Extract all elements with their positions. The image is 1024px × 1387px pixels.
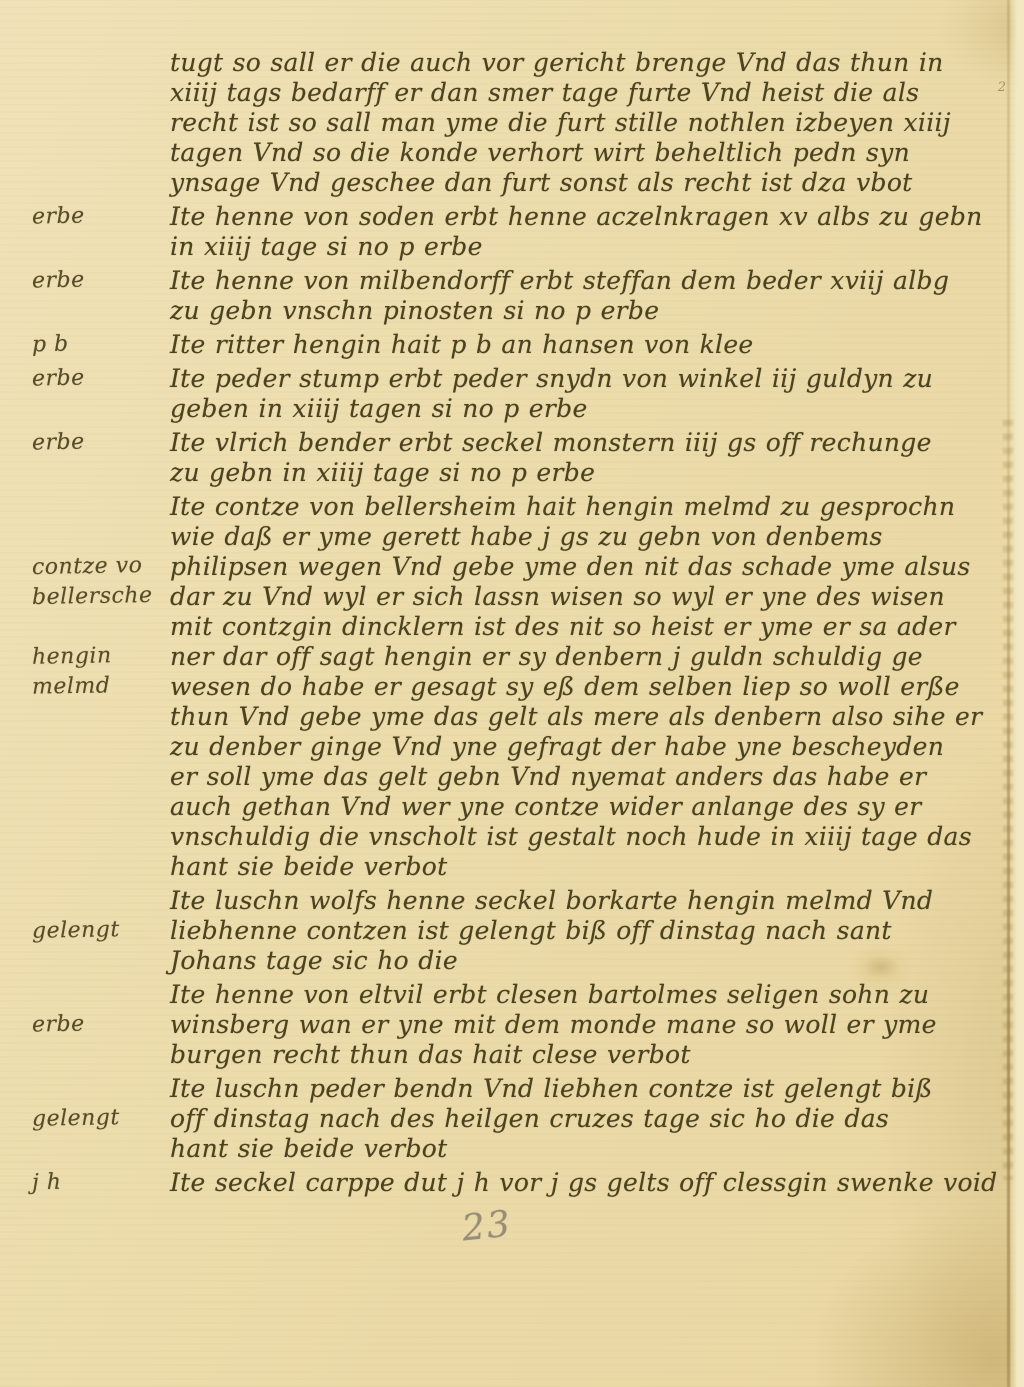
entry-lines: Ite ritter hengin hait p b an hansen von… xyxy=(170,330,1000,360)
text-line: Ite luschn peder bendn Vnd liebhen contz… xyxy=(170,1074,1000,1104)
text-line: Ite henne von milbendorff erbt steffan d… xyxy=(170,266,1000,296)
text-line: off dinstag nach des heilgen cruzes tage… xyxy=(170,1104,1000,1134)
text-line: hant sie beide verbot xyxy=(170,1134,1000,1164)
page-edge-rough-texture xyxy=(1003,420,1013,1180)
text-line: zu gebn in xiiij tage si no p erbe xyxy=(170,458,1000,488)
entry-lines: Ite vlrich bender erbt seckel monstern i… xyxy=(170,428,1000,488)
text-line: tugt so sall er die auch vor gericht bre… xyxy=(170,48,1000,78)
margin-cell: erbe xyxy=(0,428,170,488)
margin-note: erbe xyxy=(32,1010,85,1041)
edge-mark: 2 xyxy=(998,80,1006,95)
margin-cell: p b xyxy=(0,330,170,360)
entry-lines: Ite luschn peder bendn Vnd liebhen contz… xyxy=(170,1074,1000,1164)
text-line: recht ist so sall man yme die furt still… xyxy=(170,108,1000,138)
manuscript-page: tugt so sall er die auch vor gericht bre… xyxy=(0,0,1024,1387)
text-line: hant sie beide verbot xyxy=(170,852,1000,882)
margin-cell xyxy=(0,48,170,198)
entry-lines: Ite seckel carppe dut j h vor j gs gelts… xyxy=(170,1168,1000,1198)
text-line: winsberg wan er yne mit dem monde mane s… xyxy=(170,1010,1000,1040)
margin-note: gelengt xyxy=(32,1103,120,1135)
margin-note: gelengt xyxy=(32,915,120,947)
text-line: ner dar off sagt hengin er sy denbern j … xyxy=(170,642,1000,672)
margin-note: contze vo xyxy=(32,551,143,583)
text-line: Johans tage sic ho die xyxy=(170,946,1000,976)
manuscript-entry: erbe Ite henne von eltvil erbt clesen ba… xyxy=(0,980,1000,1070)
margin-note: bellersche xyxy=(32,581,153,613)
margin-note: erbe xyxy=(32,428,85,459)
text-line: thun Vnd gebe yme das gelt als mere als … xyxy=(170,702,1000,732)
entry-lines: Ite henne von soden erbt henne aczelnkra… xyxy=(170,202,1000,262)
text-line: tagen Vnd so die konde verhort wirt behe… xyxy=(170,138,1000,168)
text-line: Ite vlrich bender erbt seckel monstern i… xyxy=(170,428,1000,458)
text-line: Ite peder stump erbt peder snydn von win… xyxy=(170,364,1000,394)
folio-number: 23 xyxy=(460,1204,514,1250)
entry-lines: Ite luschn wolfs henne seckel borkarte h… xyxy=(170,886,1000,976)
text-line: Ite contze von bellersheim hait hengin m… xyxy=(170,492,1000,522)
entry-lines: Ite henne von eltvil erbt clesen bartolm… xyxy=(170,980,1000,1070)
text-line: wesen do habe er gesagt sy eß dem selben… xyxy=(170,672,1000,702)
margin-cell: erbe xyxy=(0,202,170,262)
text-line: zu gebn vnschn pinosten si no p erbe xyxy=(170,296,1000,326)
margin-cell: j h xyxy=(0,1168,170,1198)
manuscript-entry: gelengt Ite luschn peder bendn Vnd liebh… xyxy=(0,1074,1000,1164)
text-line: vnschuldig die vnscholt ist gestalt noch… xyxy=(170,822,1000,852)
text-line: Ite henne von soden erbt henne aczelnkra… xyxy=(170,202,1000,232)
margin-cell: gelengt xyxy=(0,1074,170,1164)
margin-cell: erbe xyxy=(0,364,170,424)
manuscript-entry: contze vobellerschehenginmelmd Ite contz… xyxy=(0,492,1000,882)
margin-note: erbe xyxy=(32,364,85,395)
text-line: Ite seckel carppe dut j h vor j gs gelts… xyxy=(170,1168,1000,1198)
entry-lines: Ite peder stump erbt peder snydn von win… xyxy=(170,364,1000,424)
text-line: in xiiij tage si no p erbe xyxy=(170,232,1000,262)
manuscript-entry: gelengt Ite luschn wolfs henne seckel bo… xyxy=(0,886,1000,976)
manuscript-entry: j h Ite seckel carppe dut j h vor j gs g… xyxy=(0,1168,1000,1198)
margin-note: erbe xyxy=(32,266,85,297)
manuscript-entry: p b Ite ritter hengin hait p b an hansen… xyxy=(0,330,1000,360)
text-line: mit contzgin dincklern ist des nit so he… xyxy=(170,612,1000,642)
text-line: Ite ritter hengin hait p b an hansen von… xyxy=(170,330,1000,360)
entries: tugt so sall er die auch vor gericht bre… xyxy=(0,48,1000,1202)
manuscript-entry: erbe Ite henne von soden erbt henne acze… xyxy=(0,202,1000,262)
text-line: xiiij tags bedarff er dan smer tage furt… xyxy=(170,78,1000,108)
margin-cell: erbe xyxy=(0,980,170,1070)
text-line: ynsage Vnd geschee dan furt sonst als re… xyxy=(170,168,1000,198)
entry-lines: tugt so sall er die auch vor gericht bre… xyxy=(170,48,1000,198)
text-line: burgen recht thun das hait clese verbot xyxy=(170,1040,1000,1070)
manuscript-entry: erbe Ite vlrich bender erbt seckel monst… xyxy=(0,428,1000,488)
margin-note: p b xyxy=(32,330,69,361)
margin-note: hengin xyxy=(32,641,112,672)
entry-lines: Ite contze von bellersheim hait hengin m… xyxy=(170,492,1000,882)
text-line: wie daß er yme gerett habe j gs zu gebn … xyxy=(170,522,1000,552)
entry-lines: Ite henne von milbendorff erbt steffan d… xyxy=(170,266,1000,326)
text-line: liebhenne contzen ist gelengt biß off di… xyxy=(170,916,1000,946)
margin-cell: contze vobellerschehenginmelmd xyxy=(0,492,170,882)
margin-cell: gelengt xyxy=(0,886,170,976)
text-line: auch gethan Vnd wer yne contze wider anl… xyxy=(170,792,1000,822)
margin-cell: erbe xyxy=(0,266,170,326)
text-line: philipsen wegen Vnd gebe yme den nit das… xyxy=(170,552,1000,582)
margin-note: j h xyxy=(32,1168,62,1199)
manuscript-entry: erbe Ite henne von milbendorff erbt stef… xyxy=(0,266,1000,326)
text-line: zu denber ginge Vnd yne gefragt der habe… xyxy=(170,732,1000,762)
margin-note: erbe xyxy=(32,202,85,233)
text-line: er soll yme das gelt gebn Vnd nyemat and… xyxy=(170,762,1000,792)
text-line: Ite henne von eltvil erbt clesen bartolm… xyxy=(170,980,1000,1010)
margin-note: melmd xyxy=(32,671,111,702)
manuscript-entry: erbe Ite peder stump erbt peder snydn vo… xyxy=(0,364,1000,424)
manuscript-entry: tugt so sall er die auch vor gericht bre… xyxy=(0,48,1000,198)
text-line: geben in xiiij tagen si no p erbe xyxy=(170,394,1000,424)
text-line: Ite luschn wolfs henne seckel borkarte h… xyxy=(170,886,1000,916)
text-line: dar zu Vnd wyl er sich lassn wisen so wy… xyxy=(170,582,1000,612)
